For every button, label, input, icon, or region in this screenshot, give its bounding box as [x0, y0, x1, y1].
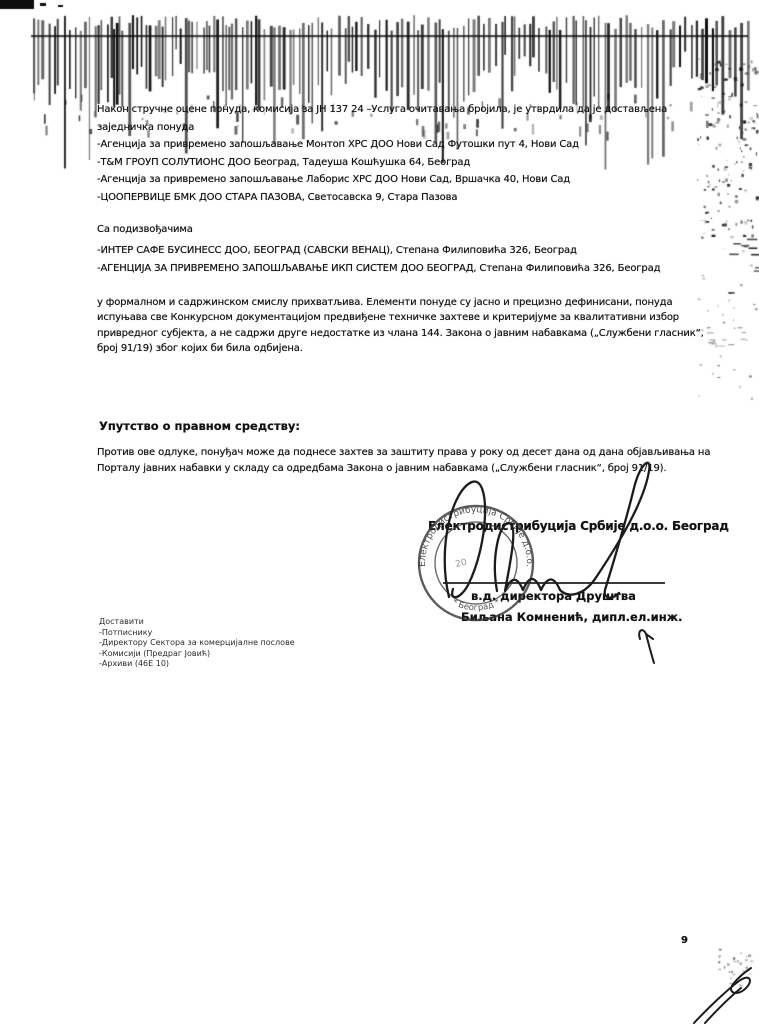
stamp-inner-ring — [435, 522, 517, 604]
assessment-paragraph: у формалном и садржинском смислу прихват… — [97, 295, 704, 356]
text-line: привредног субјекта, а не садржи друге н… — [97, 326, 704, 341]
text-line: заједничка понуда — [97, 119, 667, 137]
stamp-bottom-text: * Београд * — [450, 597, 502, 613]
text-line: у формалном и садржинском смислу прихват… — [97, 295, 704, 310]
page-number: 9 — [681, 935, 688, 946]
text-line: Након стручне оцене понуда, комисија за … — [97, 101, 667, 119]
text-line: број 91/19) због којих би била одбијена. — [97, 341, 704, 356]
text-line: -Агенција за привремено запошљавање Монт… — [97, 136, 667, 154]
svg-text:* Београд *: * Београд * — [450, 597, 502, 613]
subcontractors-list: -ИНТЕР САФЕ БУСИНЕСС ДОО, БЕОГРАД (САВСК… — [97, 242, 660, 278]
text-line: -Архиви (46Е 10) — [99, 659, 295, 670]
stamp-center-number: 20 — [455, 558, 469, 570]
text-line: Против ове одлуке, понуђач може да подне… — [97, 445, 710, 461]
text-line: -Потписнику — [99, 628, 295, 639]
text-line: Доставити — [99, 617, 295, 628]
text-line: -ИНТЕР САФЕ БУСИНЕСС ДОО, БЕОГРАД (САВСК… — [97, 242, 660, 260]
text-line: -ЦООПЕРВИЦЕ БМК ДОО СТАРА ПАЗОВА, Светос… — [97, 189, 667, 207]
round-company-stamp: Електродистрибуција Србије д.о.о. * Беог… — [398, 489, 556, 637]
subcontractors-heading: Са подизвођачима — [97, 224, 193, 235]
scanned-document-page: Након стручне оцене понуда, комисија за … — [0, 0, 759, 1024]
distribution-list: Доставити-Потписнику-Директору Сектора з… — [99, 617, 295, 670]
text-line: -АГЕНЦИЈА ЗА ПРИВРЕМЕНО ЗАПОШЉАВАЊЕ ИКП … — [97, 260, 660, 278]
text-line: -Комисији (Предраг Јовић) — [99, 649, 295, 660]
text-line: Порталу јавних набавки у складу са одред… — [97, 461, 710, 477]
text-line: -Т&М ГРОУП СОЛУТИОНС ДОО Београд, Тадеуш… — [97, 154, 667, 172]
text-line: -Директору Сектора за комерцијалне посло… — [99, 638, 295, 649]
text-line: -Агенција за привремено запошљавање Лабо… — [97, 171, 667, 189]
legal-remedy-heading: Упутство о правном средству: — [99, 419, 300, 433]
intro-paragraph: Након стручне оцене понуда, комисија за … — [97, 101, 667, 207]
legal-remedy-paragraph: Против ове одлуке, понуђач може да подне… — [97, 445, 710, 477]
text-line: испуњава све Конкурсном документацијом п… — [97, 310, 704, 325]
